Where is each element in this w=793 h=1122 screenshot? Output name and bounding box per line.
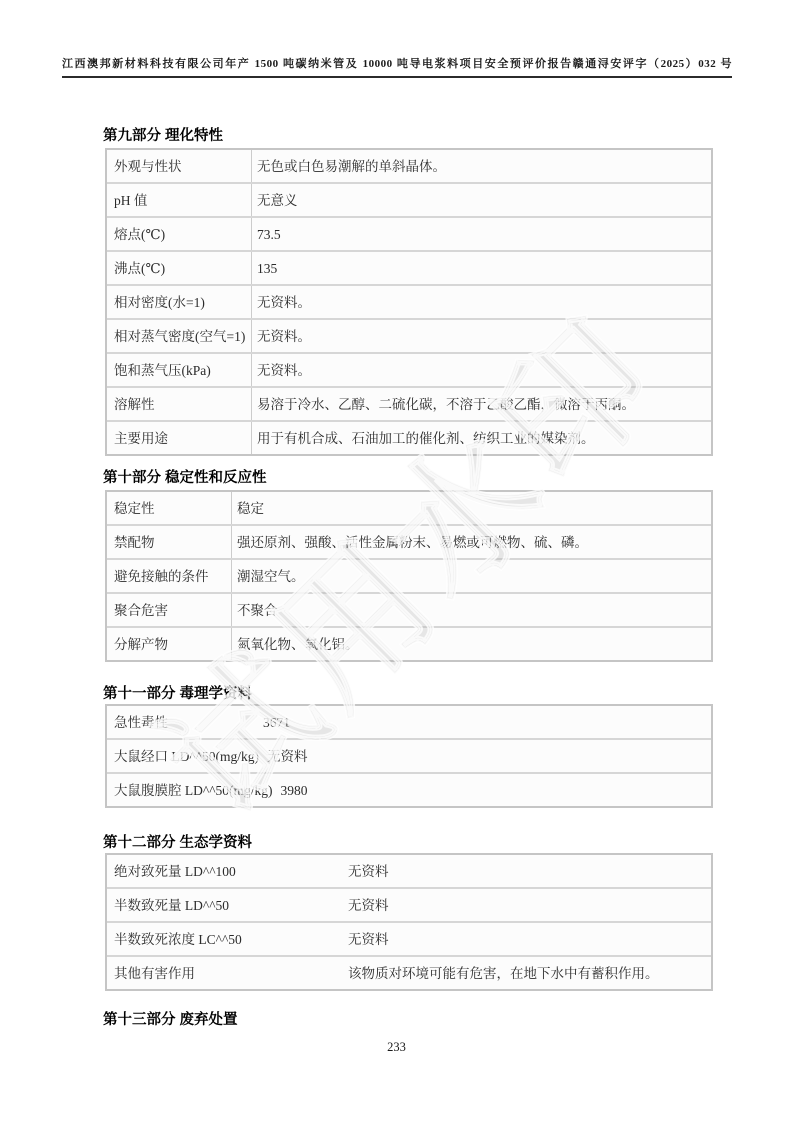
table-row: 相对密度(水=1) 无资料。 xyxy=(107,284,711,318)
table-row: 禁配物 强还原剂、强酸、活性金属粉末、易燃或可燃物、硫、磷。 xyxy=(107,524,711,558)
table-row: 半数致死量 LD^^50 无资料 xyxy=(107,887,711,921)
row-value: 强还原剂、强酸、活性金属粉末、易燃或可燃物、硫、磷。 xyxy=(232,526,711,558)
row-value: 135 xyxy=(252,252,711,284)
row-label: 分解产物 xyxy=(107,628,232,660)
table-row: 绝对致死量 LD^^100 无资料 xyxy=(107,855,711,887)
row-label: 相对蒸气密度(空气=1) xyxy=(107,320,252,352)
row-value: 不聚合 xyxy=(232,594,711,626)
report-header-title: 江西澳邦新材料科技有限公司年产 1500 吨碳纳米管及 10000 吨导电浆料项… xyxy=(62,57,732,78)
table-row: 熔点(℃) 73.5 xyxy=(107,216,711,250)
row-label: 半数致死量 LD^^50 xyxy=(107,889,348,921)
row-label: 溶解性 xyxy=(107,388,252,420)
row-label: 聚合危害 xyxy=(107,594,232,626)
row-label: 其他有害作用 xyxy=(107,957,348,989)
table-row: pH 值 无意义 xyxy=(107,182,711,216)
section-heading-10: 第十部分 稳定性和反应性 xyxy=(103,466,267,487)
row-value: 3671 xyxy=(263,706,711,738)
table-row: 稳定性 稳定 xyxy=(107,492,711,524)
row-value: 无资料。 xyxy=(252,320,711,352)
row-label: pH 值 xyxy=(107,184,252,216)
row-value: 无资料 xyxy=(348,889,711,921)
table-row: 半数致死浓度 LC^^50 无资料 xyxy=(107,921,711,955)
row-label: 大鼠腹膜腔 LD^^50(mg/kg) xyxy=(107,774,281,806)
row-value: 3980 xyxy=(281,774,711,806)
table-row: 分解产物 氮氧化物、氧化铝。 xyxy=(107,626,711,660)
section-heading-12: 第十二部分 生态学资料 xyxy=(103,831,252,852)
row-value: 无意义 xyxy=(252,184,711,216)
row-value: 无资料 xyxy=(348,855,711,887)
row-value: 氮氧化物、氧化铝。 xyxy=(232,628,711,660)
table-row: 急性毒性 3671 xyxy=(107,706,711,738)
table-row: 避免接触的条件 潮湿空气。 xyxy=(107,558,711,592)
section-heading-9: 第九部分 理化特性 xyxy=(103,124,223,145)
section-heading-11: 第十一部分 毒理学资料 xyxy=(103,682,252,703)
table-row: 溶解性 易溶于冷水、乙醇、二硫化碳，不溶于乙酸乙酯，微溶于丙酮。 xyxy=(107,386,711,420)
toxicology-table: 急性毒性 3671 大鼠经口 LD^^50(mg/kg) 无资料 大鼠腹膜腔 L… xyxy=(105,704,713,808)
row-label: 主要用途 xyxy=(107,422,252,454)
row-label: 半数致死浓度 LC^^50 xyxy=(107,923,348,955)
row-label: 避免接触的条件 xyxy=(107,560,232,592)
table-row: 主要用途 用于有机合成、石油加工的催化剂、纺织工业的媒染剂。 xyxy=(107,420,711,454)
ecology-table: 绝对致死量 LD^^100 无资料 半数致死量 LD^^50 无资料 半数致死浓… xyxy=(105,853,713,991)
row-value: 无资料 xyxy=(348,923,711,955)
stability-reactivity-table: 稳定性 稳定 禁配物 强还原剂、强酸、活性金属粉末、易燃或可燃物、硫、磷。 避免… xyxy=(105,490,713,662)
row-value: 用于有机合成、石油加工的催化剂、纺织工业的媒染剂。 xyxy=(252,422,711,454)
row-label: 沸点(℃) xyxy=(107,252,252,284)
row-label: 相对密度(水=1) xyxy=(107,286,252,318)
table-row: 沸点(℃) 135 xyxy=(107,250,711,284)
row-label: 稳定性 xyxy=(107,492,232,524)
row-value: 无色或白色易潮解的单斜晶体。 xyxy=(252,150,711,182)
table-row: 外观与性状 无色或白色易潮解的单斜晶体。 xyxy=(107,150,711,182)
row-label: 急性毒性 xyxy=(107,706,263,738)
row-label: 大鼠经口 LD^^50(mg/kg) xyxy=(107,740,267,772)
table-row: 大鼠经口 LD^^50(mg/kg) 无资料 xyxy=(107,738,711,772)
section-heading-13: 第十三部分 废弃处置 xyxy=(103,1008,238,1029)
row-label: 绝对致死量 LD^^100 xyxy=(107,855,348,887)
row-value: 无资料 xyxy=(267,740,711,772)
row-value: 无资料。 xyxy=(252,354,711,386)
page-number: 233 xyxy=(0,1040,793,1055)
table-row: 其他有害作用 该物质对环境可能有危害，在地下水中有蓄积作用。 xyxy=(107,955,711,989)
row-label: 熔点(℃) xyxy=(107,218,252,250)
table-row: 相对蒸气密度(空气=1) 无资料。 xyxy=(107,318,711,352)
physical-properties-table: 外观与性状 无色或白色易潮解的单斜晶体。 pH 值 无意义 熔点(℃) 73.5… xyxy=(105,148,713,456)
table-row: 聚合危害 不聚合 xyxy=(107,592,711,626)
row-value: 该物质对环境可能有危害，在地下水中有蓄积作用。 xyxy=(348,957,711,989)
table-row: 大鼠腹膜腔 LD^^50(mg/kg) 3980 xyxy=(107,772,711,806)
row-label: 外观与性状 xyxy=(107,150,252,182)
row-value: 无资料。 xyxy=(252,286,711,318)
row-value: 潮湿空气。 xyxy=(232,560,711,592)
row-value: 73.5 xyxy=(252,218,711,250)
table-row: 饱和蒸气压(kPa) 无资料。 xyxy=(107,352,711,386)
row-label: 禁配物 xyxy=(107,526,232,558)
row-value: 易溶于冷水、乙醇、二硫化碳，不溶于乙酸乙酯，微溶于丙酮。 xyxy=(252,388,711,420)
row-label: 饱和蒸气压(kPa) xyxy=(107,354,252,386)
row-value: 稳定 xyxy=(232,492,711,524)
